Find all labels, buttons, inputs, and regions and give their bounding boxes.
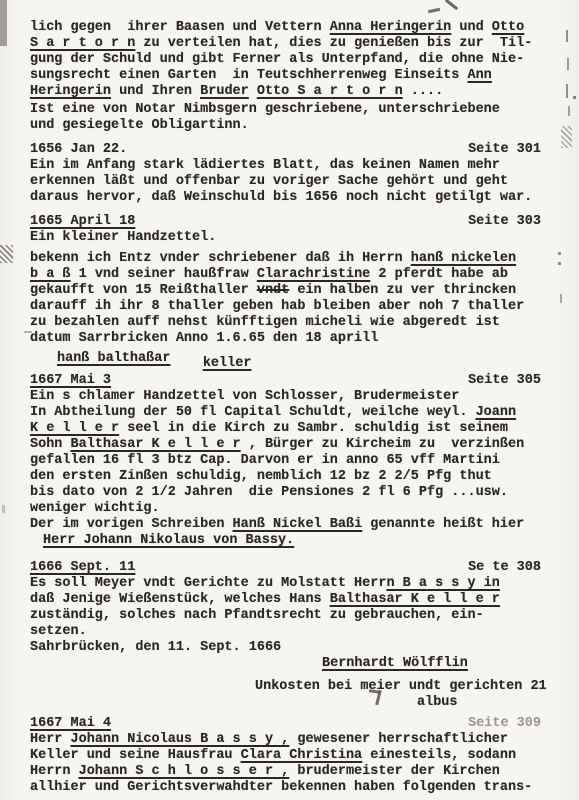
- text-run: erkennen läßt und offenbar zu voriger Sa…: [30, 174, 508, 189]
- margin-dash-column-right: [567, 58, 569, 70]
- text-line: Herr Johann Nicolaus B a s s y , gewesen…: [30, 732, 555, 748]
- text-run: Joann: [476, 405, 517, 420]
- text-line: Unkosten bei meier undt gerichten 21: [30, 679, 555, 695]
- text-run: keller: [203, 356, 252, 371]
- text-run: 1665 April 18: [30, 214, 135, 229]
- text-line: Ein kleiner Handzettel.: [30, 230, 555, 246]
- text-run: setzen.: [30, 624, 87, 639]
- text-run: n B a s s y in: [386, 576, 499, 591]
- text-run: Otto: [492, 20, 524, 35]
- entry-heading: 1656 Jan 22.Seite 301: [30, 142, 555, 158]
- text-line: S a r t o r n zu verteilen hat, dies zu …: [30, 36, 555, 52]
- text-run: seel in die Kirch zu Sambr. schuldig ist…: [119, 421, 508, 436]
- entry-heading: 1666 Sept. 11Se te 308: [30, 560, 555, 576]
- text-run: Herr: [30, 732, 71, 747]
- text-line: Sohn Balthasar K e l l e r , Bürger zu K…: [30, 437, 555, 453]
- text-run: darauff ih ihr 8 thaller geben hab bleib…: [30, 299, 524, 314]
- text-line: allhier und Gerichtsverwahdter bekennen …: [30, 780, 555, 796]
- hatch-mark-left: [0, 245, 13, 263]
- text-run: und Ihren: [111, 84, 200, 99]
- text-run: ein halben zu ver thrincken: [289, 283, 516, 298]
- text-run: hanß nickelen: [411, 251, 516, 266]
- text-run: gekaufft von 15 Reißthaller: [30, 283, 257, 298]
- text-run: ....: [403, 84, 444, 99]
- text-line: Ein im Anfang stark lädiertes Blatt, das…: [30, 158, 555, 174]
- text-line: Heringerin und Ihren Bruder Otto S a r t…: [30, 84, 555, 100]
- text-line: lich gegen ihrer Baasen und Vettern Anna…: [30, 20, 555, 36]
- text-line: Ein s chlamer Handzettel von Schlosser, …: [30, 389, 555, 405]
- text-line: zuständig, solches nach Pfandtsrecht zu …: [30, 608, 555, 624]
- text-line: K e l l e r seel in die Kirch zu Sambr. …: [30, 421, 555, 437]
- pen-mark-top-right: [428, 8, 440, 13]
- text-run: vndt: [257, 283, 289, 298]
- text-run: zu bezahlen auff nehst künfftigen michel…: [30, 315, 500, 330]
- text-line: gekaufft von 15 Reißthaller vndt ein hal…: [30, 283, 555, 299]
- text-run: S a r t o r n: [30, 36, 135, 51]
- text-run: daß Jenige Wießenstück, welches Hans: [30, 592, 330, 607]
- text-run: 1666 Sept. 11: [30, 560, 135, 575]
- text-line: Es soll Meyer vndt Gerichte zu Molstatt …: [30, 576, 555, 592]
- text-run: genannte heißt hier: [362, 517, 524, 532]
- text-run: [170, 351, 202, 366]
- text-line: sungsrecht einen Garten in Teutschherren…: [30, 68, 555, 84]
- text-run: gefallen 16 fl 3 btz Cap. Darvon er in a…: [30, 453, 500, 468]
- text-run: und: [451, 20, 492, 35]
- text-run: Ein s chlamer Handzettel von Schlosser, …: [30, 389, 459, 404]
- page-ref: Se te 308: [468, 560, 541, 576]
- page-ref: Seite 309: [468, 716, 541, 732]
- text-line: In Abtheilung der 50 fl Capital Schuldt,…: [30, 405, 555, 421]
- text-run: Balthasar K e l l e r: [330, 592, 500, 607]
- page-ref: Seite 303: [468, 214, 541, 230]
- text-line: gung der Schuld und gibt Ferner als Unte…: [30, 52, 555, 68]
- text-run: Ann: [467, 68, 491, 83]
- text-run: Clara Christina: [241, 748, 363, 763]
- text-run: sungsrecht einen Garten in Teutschherren…: [30, 68, 467, 83]
- text-run: gewesener herrschaftlicher: [289, 732, 508, 747]
- text-run: Anna Heringerin: [330, 20, 452, 35]
- text-line: bekenn ich Entz vnder schriebener daß ih…: [30, 251, 555, 267]
- text-run: hanß balthaßar: [57, 351, 170, 366]
- text-run: 1656 Jan 22.: [30, 142, 127, 157]
- text-run: K e l l e r: [30, 421, 119, 436]
- text-line: Der im vorigen Schreiben Hanß Nickel Baß…: [30, 517, 555, 533]
- text-run: Sohn: [30, 437, 71, 452]
- text-line: erkennen läßt und offenbar zu voriger Sa…: [30, 174, 555, 190]
- text-run: einesteils, sodann: [362, 748, 516, 763]
- text-run: Herr Johann Nikolaus von Bassy.: [43, 533, 294, 548]
- signature-line: hanß balthaßar keller: [30, 351, 555, 367]
- text-run: Herrn: [30, 764, 79, 779]
- document-page: lich gegen ihrer Baasen und Vettern Anna…: [0, 0, 579, 800]
- text-line: b a ß 1 vnd seiner haußfraw Clarachristi…: [30, 267, 555, 283]
- text-run: Johann S c h l o s s e r ,: [79, 764, 290, 779]
- text-run: Bernhardt Wölfflin: [322, 656, 468, 671]
- page-ref: Seite 301: [468, 142, 541, 158]
- text-run: 1667 Mai 3: [30, 373, 111, 388]
- text-run: albus: [417, 695, 458, 710]
- text-line: weniger wichtig.: [30, 501, 555, 517]
- entry-heading: 1667 Mai 4Seite 309: [30, 716, 555, 732]
- text-run: Bruder: [200, 84, 249, 99]
- text-run: , Bürger zu Kircheim zu verzinßen: [241, 437, 525, 452]
- text-run: [249, 84, 257, 99]
- text-line: albus: [30, 695, 555, 711]
- corner-smudge-top-left: [0, 0, 7, 46]
- text-run: Hanß Nickel Baßi: [233, 517, 363, 532]
- text-run: Johann Nicolaus B a s s y ,: [71, 732, 290, 747]
- text-run: zu verteilen hat, dies zu genießen bis z…: [135, 36, 532, 51]
- text-run: Keller und seine Hausfrau: [30, 748, 241, 763]
- text-line: Ist eine von Notar Nimbsgern geschrieben…: [30, 102, 555, 118]
- text-body: lich gegen ihrer Baasen und Vettern Anna…: [30, 20, 555, 796]
- text-line: daß Jenige Wießenstück, welches Hans Bal…: [30, 592, 555, 608]
- text-line: Herrn Johann S c h l o s s e r , bruderm…: [30, 764, 555, 780]
- margin-dash-left: [2, 505, 5, 513]
- text-line: darauff ih ihr 8 thaller geben hab bleib…: [30, 299, 555, 315]
- text-run: und gesiegelte Obligartinn.: [30, 118, 249, 133]
- text-run: den ersten Zinßen schuldig, nemblich 12 …: [30, 469, 492, 484]
- pen-mark-top-right: [445, 0, 459, 10]
- margin-dash-column-right: [566, 30, 568, 42]
- text-run: bis dato von 2 1/2 Jahren die Pensiones …: [30, 485, 508, 500]
- text-run: Ein im Anfang stark lädiertes Blatt, das…: [30, 158, 500, 173]
- text-line: setzen.: [30, 624, 555, 640]
- text-run: daraus hervor, daß Weinschuld bis 1656 n…: [30, 190, 532, 205]
- text-run: In Abtheilung der 50 fl Capital Schuldt,…: [30, 405, 476, 420]
- text-run: allhier und Gerichtsverwahdter bekennen …: [30, 780, 532, 795]
- text-line: Keller und seine Hausfrau Clara Christin…: [30, 748, 555, 764]
- text-run: Sahrbrücken, den 11. Sept. 1666: [30, 640, 281, 655]
- text-run: datum Sarrbricken Anno 1.6.65 den 18 apr…: [30, 331, 378, 346]
- margin-smudge-right: [561, 126, 572, 148]
- text-run: 1667 Mai 4: [30, 716, 111, 731]
- text-line: datum Sarrbricken Anno 1.6.65 den 18 apr…: [30, 331, 555, 347]
- text-run: Es soll Meyer vndt Gerichte zu Molstatt …: [30, 576, 386, 591]
- text-run: Heringerin: [30, 84, 111, 99]
- text-line: Herr Johann Nikolaus von Bassy.: [30, 533, 555, 549]
- margin-colon-right: [558, 262, 561, 265]
- text-run: Clarachristine: [257, 267, 370, 282]
- text-run: weniger wichtig.: [30, 501, 160, 516]
- text-run: Ist eine von Notar Nimbsgern geschrieben…: [30, 102, 500, 117]
- margin-dot-right: [573, 96, 576, 99]
- text-line: bis dato von 2 1/2 Jahren die Pensiones …: [30, 485, 555, 501]
- text-run: bekenn ich Entz vnder schriebener daß ih…: [30, 251, 411, 266]
- text-run: Otto S a r t o r n: [257, 84, 403, 99]
- entry-heading: 1667 Mai 3Seite 305: [30, 373, 555, 389]
- text-run: Unkosten bei meier undt gerichten 21: [255, 679, 547, 694]
- text-run: 1 vnd seiner haußfraw: [71, 267, 257, 282]
- text-run: brudermeister der Kirchen: [289, 764, 500, 779]
- text-run: gung der Schuld und gibt Ferner als Unte…: [30, 52, 524, 67]
- text-run: zuständig, solches nach Pfandtsrecht zu …: [30, 608, 484, 623]
- text-run: Der im vorigen Schreiben: [30, 517, 233, 532]
- margin-dash-column-right: [568, 106, 570, 116]
- text-line: Sahrbrücken, den 11. Sept. 1666: [30, 640, 555, 656]
- text-run: b a ß: [30, 267, 71, 282]
- text-line: daraus hervor, daß Weinschuld bis 1656 n…: [30, 190, 555, 206]
- text-line: gefallen 16 fl 3 btz Cap. Darvon er in a…: [30, 453, 555, 469]
- margin-colon-right: [558, 252, 561, 255]
- signature-line: Bernhardt Wölfflin: [30, 656, 555, 672]
- page-ref: Seite 305: [468, 373, 541, 389]
- margin-dash-column-right: [560, 294, 562, 303]
- text-line: und gesiegelte Obligartinn.: [30, 118, 555, 134]
- text-run: 2 pferdt habe ab: [370, 267, 508, 282]
- text-line: zu bezahlen auff nehst künfftigen michel…: [30, 315, 555, 331]
- text-line: den ersten Zinßen schuldig, nemblich 12 …: [30, 469, 555, 485]
- text-run: Ein kleiner Handzettel.: [30, 230, 216, 245]
- margin-dash-column-right: [566, 84, 568, 98]
- entry-heading: 1665 April 18Seite 303: [30, 214, 555, 230]
- text-run: Balthasar K e l l e r: [71, 437, 241, 452]
- text-run: lich gegen ihrer Baasen und Vettern: [30, 20, 330, 35]
